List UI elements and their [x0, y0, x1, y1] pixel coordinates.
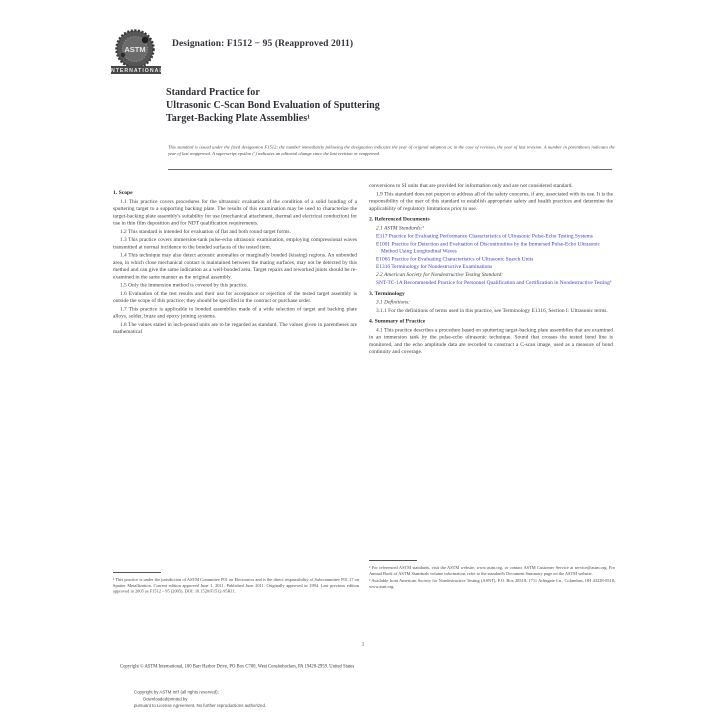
body-paragraph: 1.8 The values stated in inch-pound unit… [113, 321, 357, 336]
subsection-label: 2.1 ASTM Standards:² [369, 224, 613, 231]
header-divider [168, 169, 612, 170]
license-line: Downloaded/printed by [134, 696, 614, 703]
body-right-column: conversions to SI units that are provide… [369, 182, 613, 564]
body-paragraph: 1.9 This standard does not purport to ad… [369, 190, 613, 212]
body-paragraph: 1.1 This practice covers procedures for … [113, 198, 357, 227]
body-paragraph: 1.4 This technique may also detect acous… [113, 252, 357, 281]
body-paragraph: 1.6 Evaluation of the test results and t… [113, 290, 357, 305]
footnote-text: ² For referenced ASTM standards, visit t… [369, 565, 615, 577]
document-title: Standard Practice for Ultrasonic C-Scan … [166, 86, 380, 125]
section-heading: 4. Summary of Practice [369, 318, 613, 325]
designation-line: Designation: F1512 − 95 (Reapproved 2011… [172, 39, 353, 49]
body-paragraph: conversions to SI units that are provide… [369, 182, 613, 189]
reference-link[interactable]: E1001 Practice for Detection and Evaluat… [376, 240, 613, 255]
license-lines: Copyright by ASTM Int'l (all rights rese… [134, 689, 614, 719]
reference-link[interactable]: E1065 Practice for Evaluating Characteri… [376, 255, 613, 262]
document-title-line: Standard Practice for [166, 86, 380, 99]
reference-link[interactable]: E1316 Terminology for Nondestructive Exa… [376, 263, 613, 270]
abstract-note: This standard is issued under the fixed … [168, 144, 615, 168]
svg-text:INTERNATIONAL: INTERNATIONAL [110, 68, 163, 74]
page-number: 1 [250, 641, 476, 648]
document-title-line: Ultrasonic C-Scan Bond Evaluation of Spu… [166, 99, 380, 112]
reference-link[interactable]: SNT-TC-1A Recommended Practice for Perso… [376, 279, 613, 286]
body-paragraph: 4.1 This practice describes a procedure … [369, 326, 613, 355]
copyright-line: Copyright © ASTM International, 100 Barr… [120, 664, 620, 674]
body-paragraph: 1.2 This standard is intended for evalua… [113, 228, 357, 235]
subsection-label: 2.2 American Society for Nondestructive … [369, 271, 613, 278]
footnote-text: ¹ This practice is under the jurisdictio… [113, 577, 359, 594]
document-title-line: Target-Backing Plate Assemblies¹ [166, 112, 380, 125]
body-paragraph: 1.7 This practice is applicable to bonde… [113, 305, 357, 320]
body-left-column: 1. Scope1.1 This practice covers procedu… [113, 182, 357, 564]
astm-logo-icon: ASTM INTERNATIONAL [110, 28, 164, 80]
footnote-left: ¹ This practice is under the jurisdictio… [113, 572, 359, 615]
svg-text:ASTM: ASTM [124, 45, 145, 54]
footnote-right: ² For referenced ASTM standards, visit t… [369, 560, 615, 617]
footnote-text: ³ Available from American Society for No… [369, 578, 615, 590]
document-page: ASTM INTERNATIONAL Designation: F1512 − … [0, 0, 722, 722]
section-heading: 1. Scope [113, 189, 357, 196]
body-paragraph: 1.3 This practice covers immersion-tank … [113, 236, 357, 251]
subsection-label: 3.1 Definitions: [369, 299, 613, 306]
reference-link[interactable]: E317 Practice for Evaluating Performance… [376, 233, 613, 240]
license-line: Copyright by ASTM Int'l (all rights rese… [134, 689, 614, 696]
section-heading: 2. Referenced Documents [369, 216, 613, 223]
section-heading: 3. Terminology [369, 290, 613, 297]
body-paragraph: 3.1.1 For the definitions of terms used … [369, 307, 613, 314]
license-line: pursuant to License Agreement. No furthe… [134, 703, 614, 710]
body-paragraph: 1.5 Only the immersion method is covered… [113, 282, 357, 289]
